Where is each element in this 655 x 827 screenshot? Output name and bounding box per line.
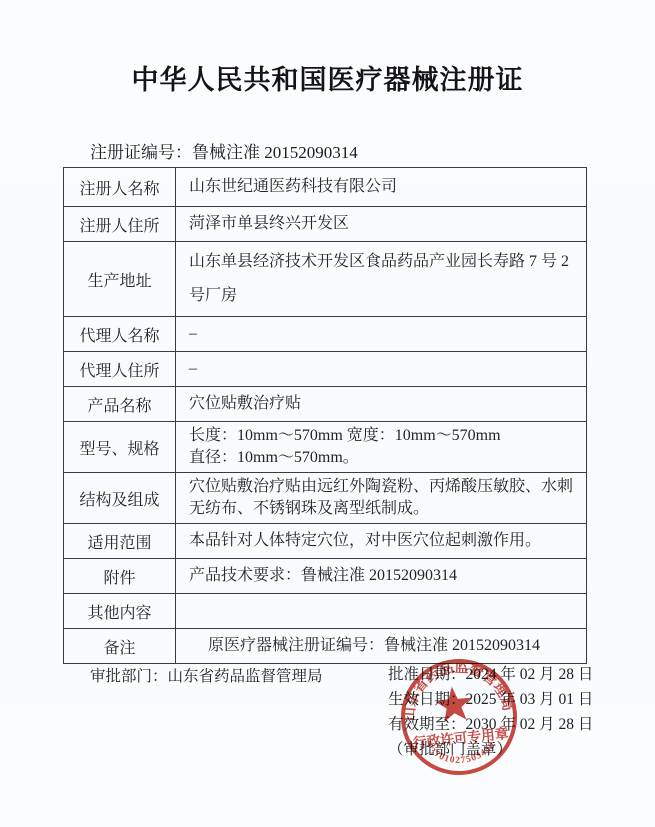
field-label: 代理人住所 — [64, 352, 176, 387]
field-label: 结构及组成 — [64, 473, 176, 524]
registration-number-value: 鲁械注准 20152090314 — [192, 143, 358, 162]
field-value: 产品技术要求：鲁械注准 20152090314 — [176, 559, 587, 594]
table-row: 附件 产品技术要求：鲁械注准 20152090314 — [64, 559, 587, 594]
table-row: 结构及组成 穴位贴敷治疗贴由远红外陶瓷粉、丙烯酸压敏胶、水刺 无纺布、不锈钢珠及… — [64, 473, 587, 524]
field-value: 菏泽市单县终兴开发区 — [176, 207, 587, 242]
table-row: 代理人名称 – — [64, 317, 587, 352]
field-label: 代理人名称 — [64, 317, 176, 352]
table-row: 产品名称 穴位贴敷治疗贴 — [64, 387, 587, 422]
seal-star-icon — [434, 685, 474, 723]
table-row: 型号、规格 长度：10mm～570mm 宽度：10mm～570mm 直径：10m… — [64, 422, 587, 473]
table-row: 注册人住所 菏泽市单县终兴开发区 — [64, 207, 587, 242]
field-label: 附件 — [64, 559, 176, 594]
registration-number-line: 注册证编号：鲁械注准 20152090314 — [90, 138, 358, 163]
table-row: 其他内容 — [64, 594, 587, 629]
registration-number-label: 注册证编号： — [90, 143, 192, 162]
field-label: 产品名称 — [64, 387, 176, 422]
table-row: 代理人住所 – — [64, 352, 587, 387]
field-value: 穴位贴敷治疗贴由远红外陶瓷粉、丙烯酸压敏胶、水刺 无纺布、不锈钢珠及离型纸制成。 — [176, 473, 587, 524]
field-label: 注册人名称 — [64, 168, 176, 207]
field-label: 生产地址 — [64, 242, 176, 317]
field-label: 备注 — [64, 629, 176, 664]
field-value: 穴位贴敷治疗贴 — [176, 387, 587, 422]
field-value: 山东世纪通医药科技有限公司 — [176, 168, 587, 207]
field-value: 本品针对人体特定穴位，对中医穴位起刺激作用。 — [176, 524, 587, 559]
approval-department: 审批部门：山东省药品监督管理局 — [90, 664, 323, 686]
field-label: 型号、规格 — [64, 422, 176, 473]
field-value — [176, 594, 587, 629]
field-value: – — [176, 352, 587, 387]
official-seal: 山东省药品监督管理局 行政许可专用章 3701027503440 — [391, 649, 527, 785]
table-row: 注册人名称 山东世纪通医药科技有限公司 — [64, 168, 587, 207]
field-label: 适用范围 — [64, 524, 176, 559]
field-value: 长度：10mm～570mm 宽度：10mm～570mm 直径：10mm～570m… — [176, 422, 587, 473]
page-title: 中华人民共和国医疗器械注册证 — [0, 58, 655, 97]
field-value: 原医疗器械注册证编号：鲁械注准 20152090314 — [176, 629, 587, 664]
table-row: 生产地址 山东单县经济技术开发区食品药品产业园长寿路 7 号 2 号厂房 — [64, 242, 587, 317]
field-value: – — [176, 317, 587, 352]
table-row: 适用范围 本品针对人体特定穴位，对中医穴位起刺激作用。 — [64, 524, 587, 559]
certificate-table: 注册人名称 山东世纪通医药科技有限公司 注册人住所 菏泽市单县终兴开发区 生产地… — [63, 167, 587, 664]
field-label: 其他内容 — [64, 594, 176, 629]
field-label: 注册人住所 — [64, 207, 176, 242]
field-value: 山东单县经济技术开发区食品药品产业园长寿路 7 号 2 号厂房 — [176, 242, 587, 317]
certificate-page: 中华人民共和国医疗器械注册证 注册证编号：鲁械注准 20152090314 注册… — [0, 0, 655, 827]
